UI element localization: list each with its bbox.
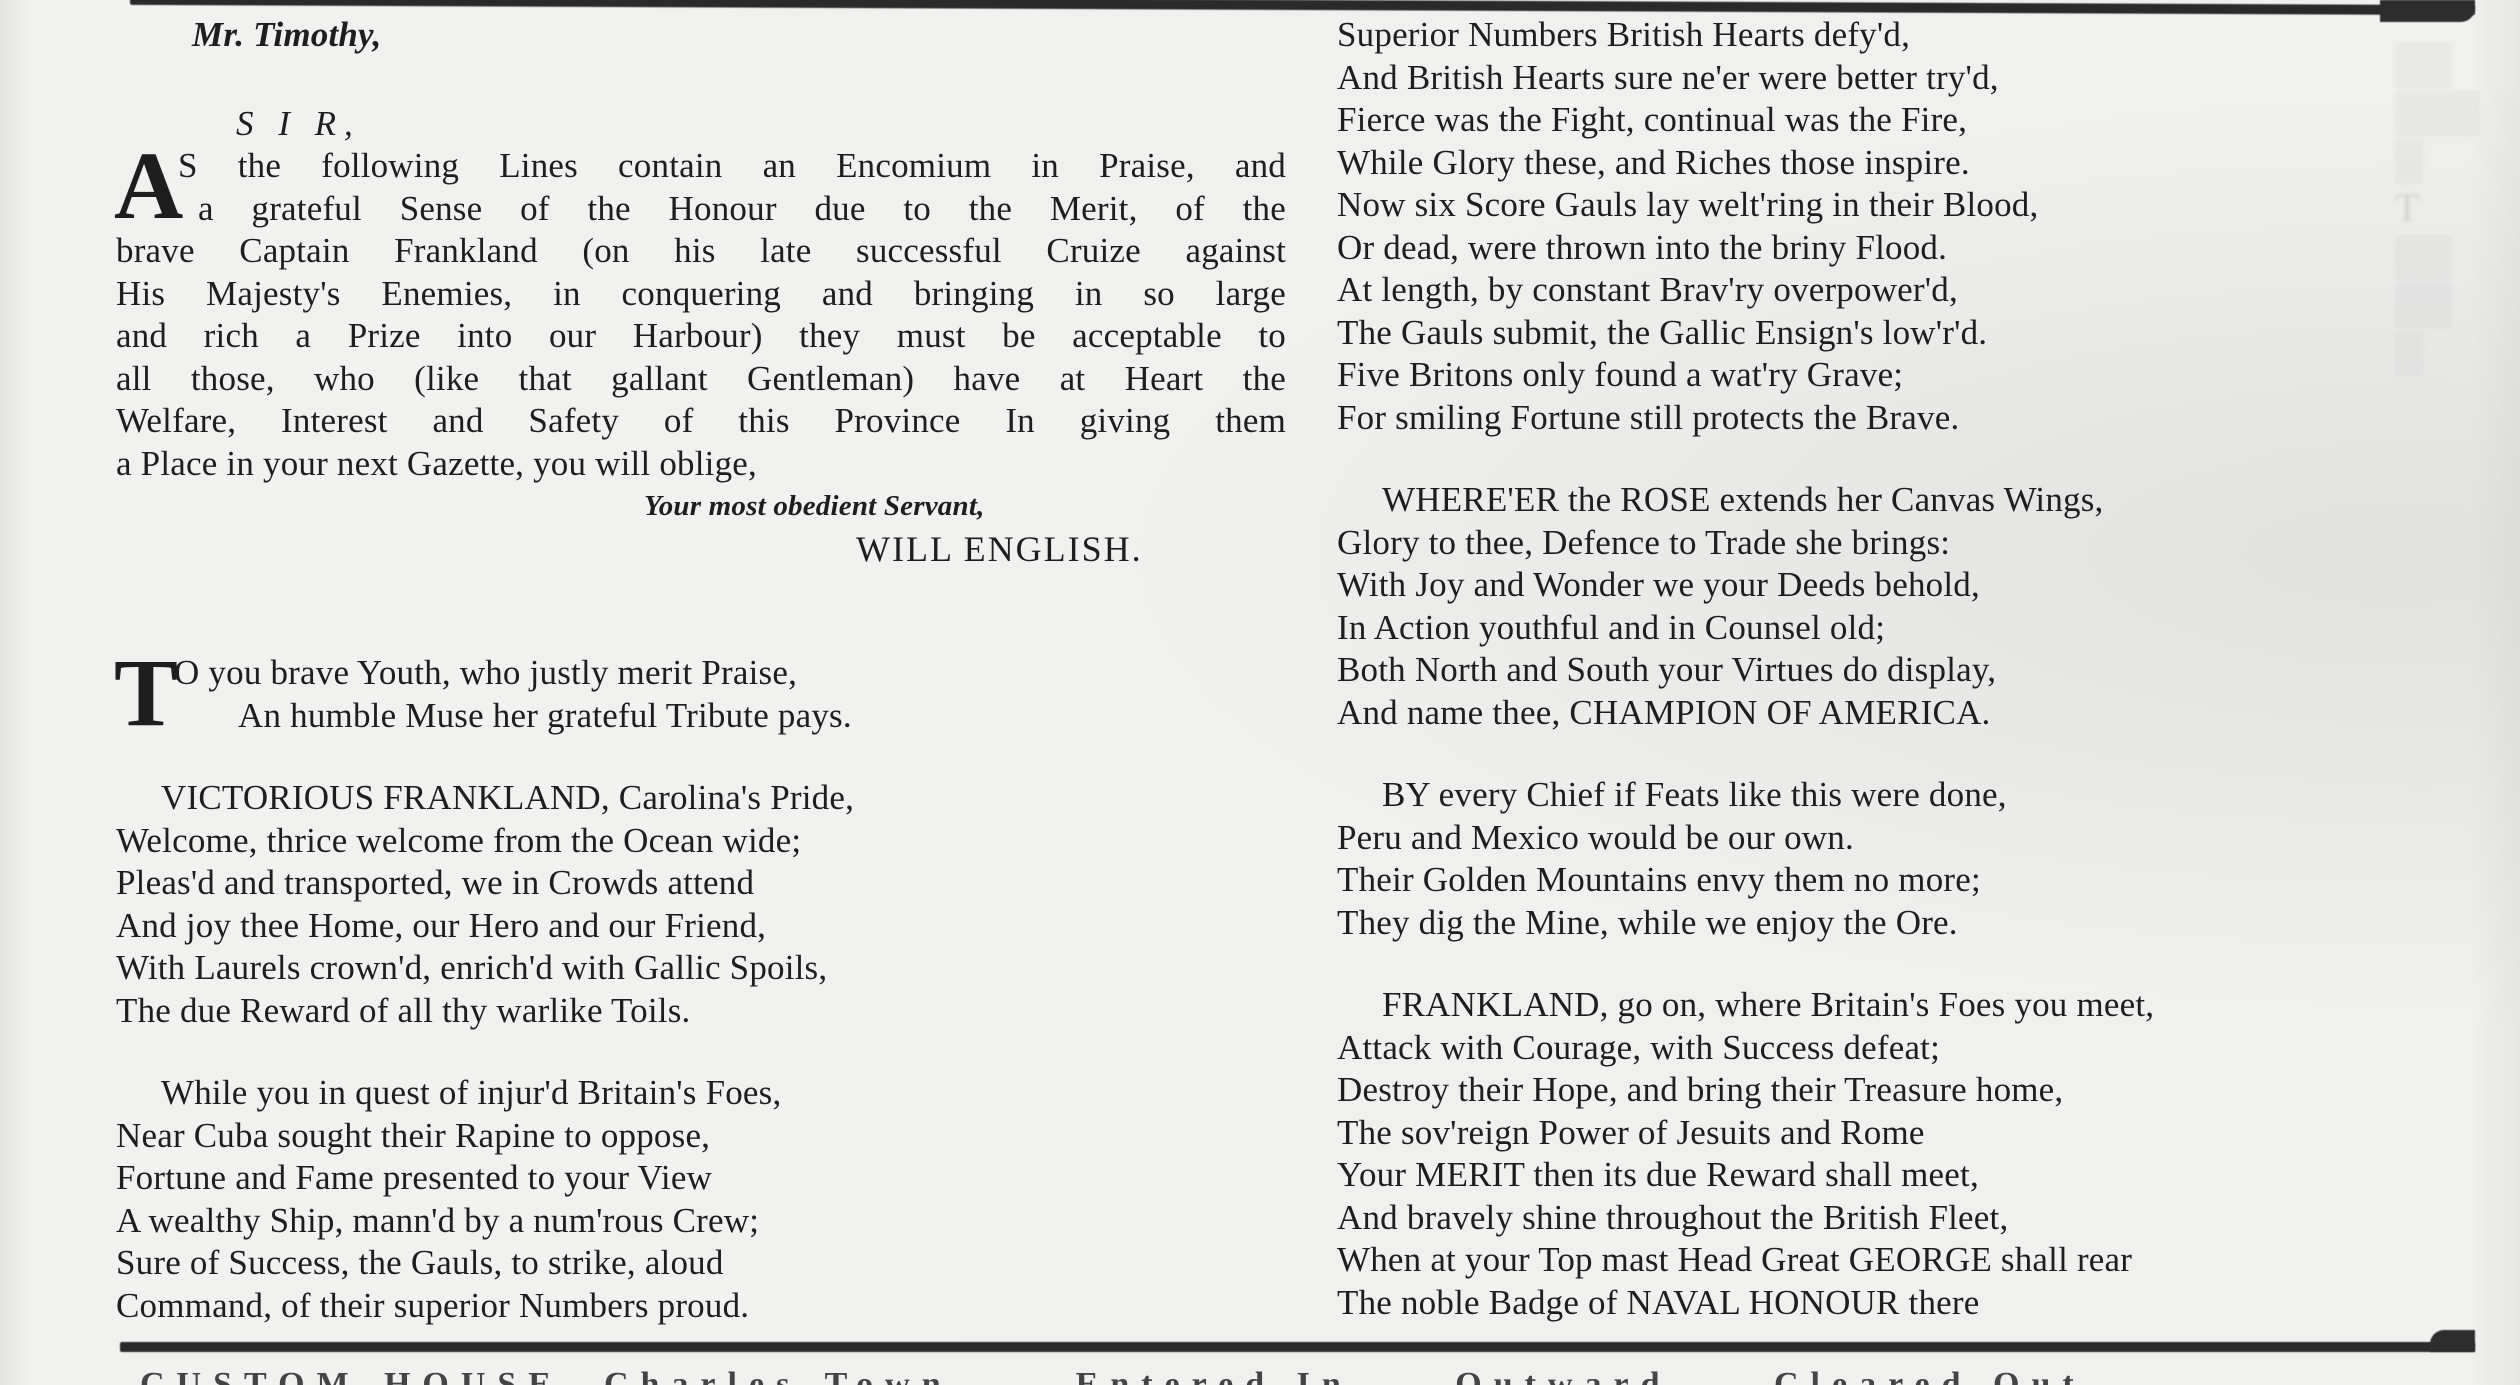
poem-line: The noble Badge of NAVAL HONOUR there — [1337, 1282, 2427, 1325]
letter-salutation: Mr. Timothy, — [116, 14, 1286, 57]
letter-closing: Your most obedient Servant, — [116, 485, 1286, 528]
poem-line: FRANKLAND, go on, where Britain's Foes y… — [1337, 984, 2427, 1027]
poem-line: Their Golden Mountains envy them no more… — [1337, 859, 2427, 902]
letter-line: all those, who (like that gallant Gentle… — [116, 358, 1286, 401]
letter-line: a grateful Sense of the Honour due to th… — [116, 188, 1286, 231]
letter-line: His Majesty's Enemies, in conquering and… — [116, 273, 1286, 316]
poem-line: The sov'reign Power of Jesuits and Rome — [1337, 1112, 2427, 1155]
poem-dropcap: T — [114, 648, 178, 738]
poem-line: The Gauls submit, the Gallic Ensign's lo… — [1337, 312, 2427, 355]
letter-line: brave Captain Frankland (on his late suc… — [116, 230, 1286, 273]
bottom-rule-end — [2430, 1330, 2475, 1352]
poem-line: With Laurels crown'd, enrich'd with Gall… — [116, 947, 1286, 990]
poem-line: Attack with Courage, with Success defeat… — [1337, 1027, 2427, 1070]
poem-line: While Glory these, and Riches those insp… — [1337, 142, 2427, 185]
poem-line: When at your Top mast Head Great GEORGE … — [1337, 1239, 2427, 1282]
left-column: Mr. Timothy, S I R, A S the following Li… — [116, 14, 1286, 1327]
letter-dropcap: A — [114, 141, 184, 231]
letter-line: S the following Lines contain an Encomiu… — [116, 145, 1286, 188]
poem-line: Or dead, were thrown into the briny Floo… — [1337, 227, 2427, 270]
poem-line: And joy thee Home, our Hero and our Frie… — [116, 905, 1286, 948]
poem-line: For smiling Fortune still protects the B… — [1337, 397, 2427, 440]
reverse-bleed-through: ▒▒▒▒▒▒T▒▒▒▒▒ — [2395, 40, 2480, 376]
poem-line: Welcome, thrice welcome from the Ocean w… — [116, 820, 1286, 863]
poem-line: Destroy their Hope, and bring their Trea… — [1337, 1069, 2427, 1112]
poem-line: With Joy and Wonder we your Deeds behold… — [1337, 564, 2427, 607]
poem-stanza-1: VICTORIOUS FRANKLAND, Carolina's Pride, … — [116, 777, 1286, 1032]
letter-line: a Place in your next Gazette, you will o… — [116, 443, 1286, 486]
poem-line: Both North and South your Virtues do dis… — [1337, 649, 2427, 692]
poem-line: Glory to thee, Defence to Trade she brin… — [1337, 522, 2427, 565]
poem-stanza-3: WHERE'ER the ROSE extends her Canvas Win… — [1337, 479, 2427, 734]
poem-line: Fortune and Fame presented to your View — [116, 1157, 1286, 1200]
poem-line: They dig the Mine, while we enjoy the Or… — [1337, 902, 2427, 945]
newspaper-page: Mr. Timothy, S I R, A S the following Li… — [0, 0, 2520, 1385]
poem-stanza-5: FRANKLAND, go on, where Britain's Foes y… — [1337, 984, 2427, 1324]
right-column: Superior Numbers British Hearts defy'd, … — [1337, 14, 2427, 1324]
letter-line: and rich a Prize into our Harbour) they … — [116, 315, 1286, 358]
poem-line: Pleas'd and transported, we in Crowds at… — [116, 862, 1286, 905]
poem-opening: T O you brave Youth, who justly merit Pr… — [116, 652, 1286, 737]
poem-line: BY every Chief if Feats like this were d… — [1337, 774, 2427, 817]
poem-line: Command, of their superior Numbers proud… — [116, 1285, 1286, 1328]
poem-line: Five Britons only found a wat'ry Grave; — [1337, 354, 2427, 397]
poem-line: An humble Muse her grateful Tribute pays… — [116, 695, 1286, 738]
poem-stanza-2-part-1: While you in quest of injur'd Britain's … — [116, 1072, 1286, 1327]
letter-signature: WILL ENGLISH. — [116, 528, 1286, 571]
letter-line: Welfare, Interest and Safety of this Pro… — [116, 400, 1286, 443]
poem-line: Superior Numbers British Hearts defy'd, — [1337, 14, 2427, 57]
poem-line: Near Cuba sought their Rapine to oppose, — [116, 1115, 1286, 1158]
poem-line: VICTORIOUS FRANKLAND, Carolina's Pride, — [116, 777, 1286, 820]
poem-line: And name thee, CHAMPION OF AMERICA. — [1337, 692, 2427, 735]
letter-greeting: S I R, — [116, 103, 1286, 146]
poem-stanza-4: BY every Chief if Feats like this were d… — [1337, 774, 2427, 944]
poem-line: The due Reward of all thy warlike Toils. — [116, 990, 1286, 1033]
poem-line: A wealthy Ship, mann'd by a num'rous Cre… — [116, 1200, 1286, 1243]
letter-body: A S the following Lines contain an Encom… — [116, 145, 1286, 485]
poem-line: At length, by constant Brav'ry overpower… — [1337, 269, 2427, 312]
poem-line: Sure of Success, the Gauls, to strike, a… — [116, 1242, 1286, 1285]
poem-line: And bravely shine throughout the British… — [1337, 1197, 2427, 1240]
top-rule — [130, 0, 2475, 15]
cutoff-next-section-heading: CUSTOM-HOUSE, Charles-Town, ... Entered … — [140, 1366, 2086, 1385]
poem-line: Your MERIT then its due Reward shall mee… — [1337, 1154, 2427, 1197]
poem-line: Peru and Mexico would be our own. — [1337, 817, 2427, 860]
poem-line: O you brave Youth, who justly merit Prai… — [116, 652, 1286, 695]
poem-line: Now six Score Gauls lay welt'ring in the… — [1337, 184, 2427, 227]
poem-line: While you in quest of injur'd Britain's … — [116, 1072, 1286, 1115]
poem-line: Fierce was the Fight, continual was the … — [1337, 99, 2427, 142]
bottom-rule — [120, 1342, 2475, 1352]
poem-line: WHERE'ER the ROSE extends her Canvas Win… — [1337, 479, 2427, 522]
poem-stanza-2-part-2: Superior Numbers British Hearts defy'd, … — [1337, 14, 2427, 439]
poem-line: And British Hearts sure ne'er were bette… — [1337, 57, 2427, 100]
poem-line: In Action youthful and in Counsel old; — [1337, 607, 2427, 650]
